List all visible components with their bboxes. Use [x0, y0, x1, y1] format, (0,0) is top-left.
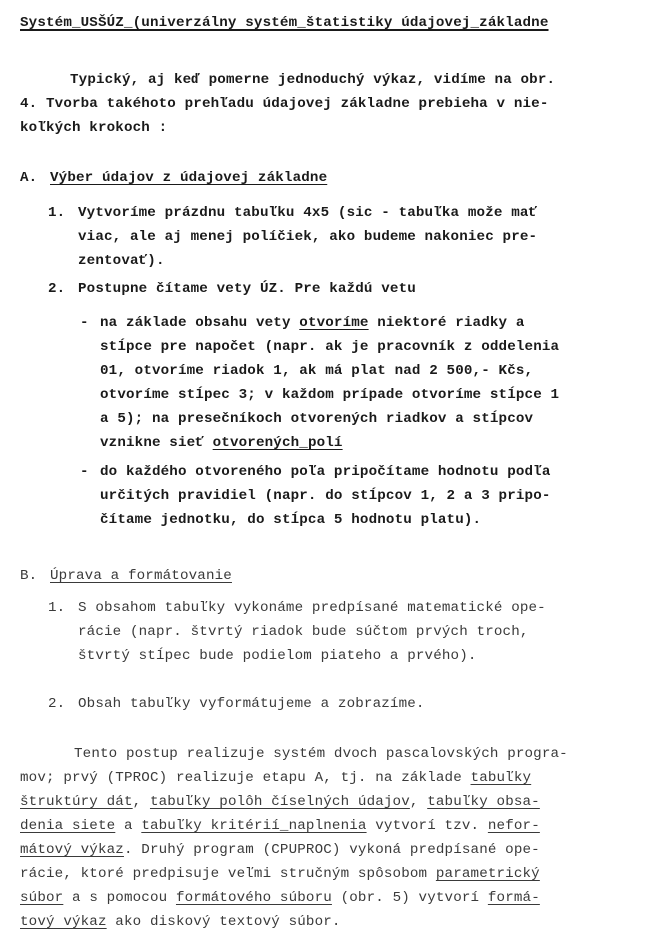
underlined-term: formátového súboru: [176, 890, 332, 906]
a-item1-line-3: zentovať).: [78, 251, 165, 271]
underlined-term: štruktúry dát: [20, 794, 133, 810]
closing-line-6: rácie, ktoré predpisuje veľmi stručným s…: [20, 864, 540, 884]
intro-line-2: 4. Tvorba takéhoto prehľadu údajovej zák…: [20, 94, 549, 114]
a-item2-marker: 2.: [48, 279, 65, 299]
underlined-term: nefor-: [488, 818, 540, 834]
underlined-term: otvorených_polí: [213, 435, 343, 451]
text-run: vznikne sieť: [100, 435, 213, 451]
text-run: a s pomocou: [63, 890, 176, 906]
a-bullet2-line-2: určitých pravidiel (napr. do stĺpcov 1, …: [100, 486, 551, 506]
underlined-term: tabuľky: [471, 770, 532, 786]
b-item1-line-3: štvrtý stĺpec bude podielom piateho a pr…: [78, 646, 477, 666]
document-title: Systém_USŠÚZ_(univerzálny systém_štatist…: [20, 13, 549, 33]
text-run: a: [115, 818, 141, 834]
underlined-term: tový výkaz: [20, 914, 107, 930]
text-run: ako diskový textový súbor.: [107, 914, 341, 930]
closing-line-5: mátový výkaz. Druhý program (CPUPROC) vy…: [20, 840, 540, 860]
text-run: vytvorí tzv.: [367, 818, 488, 834]
text-run: ,: [133, 794, 150, 810]
underlined-term: otvoríme: [299, 315, 368, 331]
closing-line-8: tový výkaz ako diskový textový súbor.: [20, 912, 341, 932]
a-bullet2-line-1: do každého otvoreného poľa pripočítame h…: [100, 462, 551, 482]
text-run: rácie, ktoré predpisuje veľmi stručným s…: [20, 866, 436, 882]
a-bullet1-line-2: stĺpce pre napočet (napr. ak je pracovní…: [100, 337, 559, 357]
b-item1-line-2: rácie (napr. štvrtý riadok bude súčtom p…: [78, 622, 529, 642]
closing-line-4: denia siete a tabuľky kritérií_naplnenia…: [20, 816, 540, 836]
underlined-term: tabuľky kritérií_naplnenia: [141, 818, 366, 834]
section-a-heading: Výber údajov z údajovej základne: [50, 168, 327, 188]
text-run: ,: [410, 794, 427, 810]
a-item1-line-2: viac, ale aj menej políčiek, ako budeme …: [78, 227, 537, 247]
intro-line-3: koľkých krokoch :: [20, 118, 167, 138]
a-item1-marker: 1.: [48, 203, 65, 223]
underlined-term: parametrický: [436, 866, 540, 882]
underlined-term: súbor: [20, 890, 63, 906]
a-bullet1-marker: -: [80, 313, 89, 333]
section-b-marker: B.: [20, 566, 37, 586]
underlined-term: tabuľky polôh číselných údajov: [150, 794, 410, 810]
intro-line-1: Typický, aj keď pomerne jednoduchý výkaz…: [70, 70, 555, 90]
a-bullet1-line-6: vznikne sieť otvorených_polí: [100, 433, 343, 453]
underlined-term: formá-: [488, 890, 540, 906]
underlined-term: denia siete: [20, 818, 115, 834]
a-bullet2-marker: -: [80, 462, 89, 482]
b-item1-line-1: S obsahom tabuľky vykonáme predpísané ma…: [78, 598, 546, 618]
section-b-heading: Úprava a formátovanie: [50, 566, 232, 586]
text-run: niektoré riadky a: [369, 315, 525, 331]
a-item1-line-1: Vytvoríme prázdnu tabuľku 4x5 (sic - tab…: [78, 203, 537, 223]
b-item2-text: Obsah tabuľky vyformátujeme a zobrazíme.: [78, 694, 425, 714]
text-run: . Druhý program (CPUPROC) vykoná predpís…: [124, 842, 540, 858]
closing-line-1: Tento postup realizuje systém dvoch pasc…: [74, 744, 568, 764]
closing-line-7: súbor a s pomocou formátového súboru (ob…: [20, 888, 540, 908]
a-bullet2-line-3: čítame jednotku, do stĺpca 5 hodnotu pla…: [100, 510, 481, 530]
closing-line-3: štruktúry dát, tabuľky polôh číselných ú…: [20, 792, 540, 812]
section-a-marker: A.: [20, 168, 37, 188]
a-item2-text: Postupne čítame vety ÚZ. Pre každú vetu: [78, 279, 416, 299]
closing-line-2: mov; prvý (TPROC) realizuje etapu A, tj.…: [20, 768, 531, 788]
underlined-term: mátový výkaz: [20, 842, 124, 858]
b-item2-marker: 2.: [48, 694, 65, 714]
text-run: mov; prvý (TPROC) realizuje etapu A, tj.…: [20, 770, 471, 786]
a-bullet1-line-5: a 5); na presečníkoch otvorených riadkov…: [100, 409, 533, 429]
text-run: na základe obsahu vety: [100, 315, 299, 331]
underlined-term: tabuľky obsa-: [427, 794, 540, 810]
text-run: (obr. 5) vytvorí: [332, 890, 488, 906]
b-item1-marker: 1.: [48, 598, 65, 618]
a-bullet1-line-4: otvoríme stĺpec 3; v každom prípade otvo…: [100, 385, 559, 405]
a-bullet1-line-3: 01, otvoríme riadok 1, ak má plat nad 2 …: [100, 361, 533, 381]
a-bullet1-line-1: na základe obsahu vety otvoríme niektoré…: [100, 313, 525, 333]
